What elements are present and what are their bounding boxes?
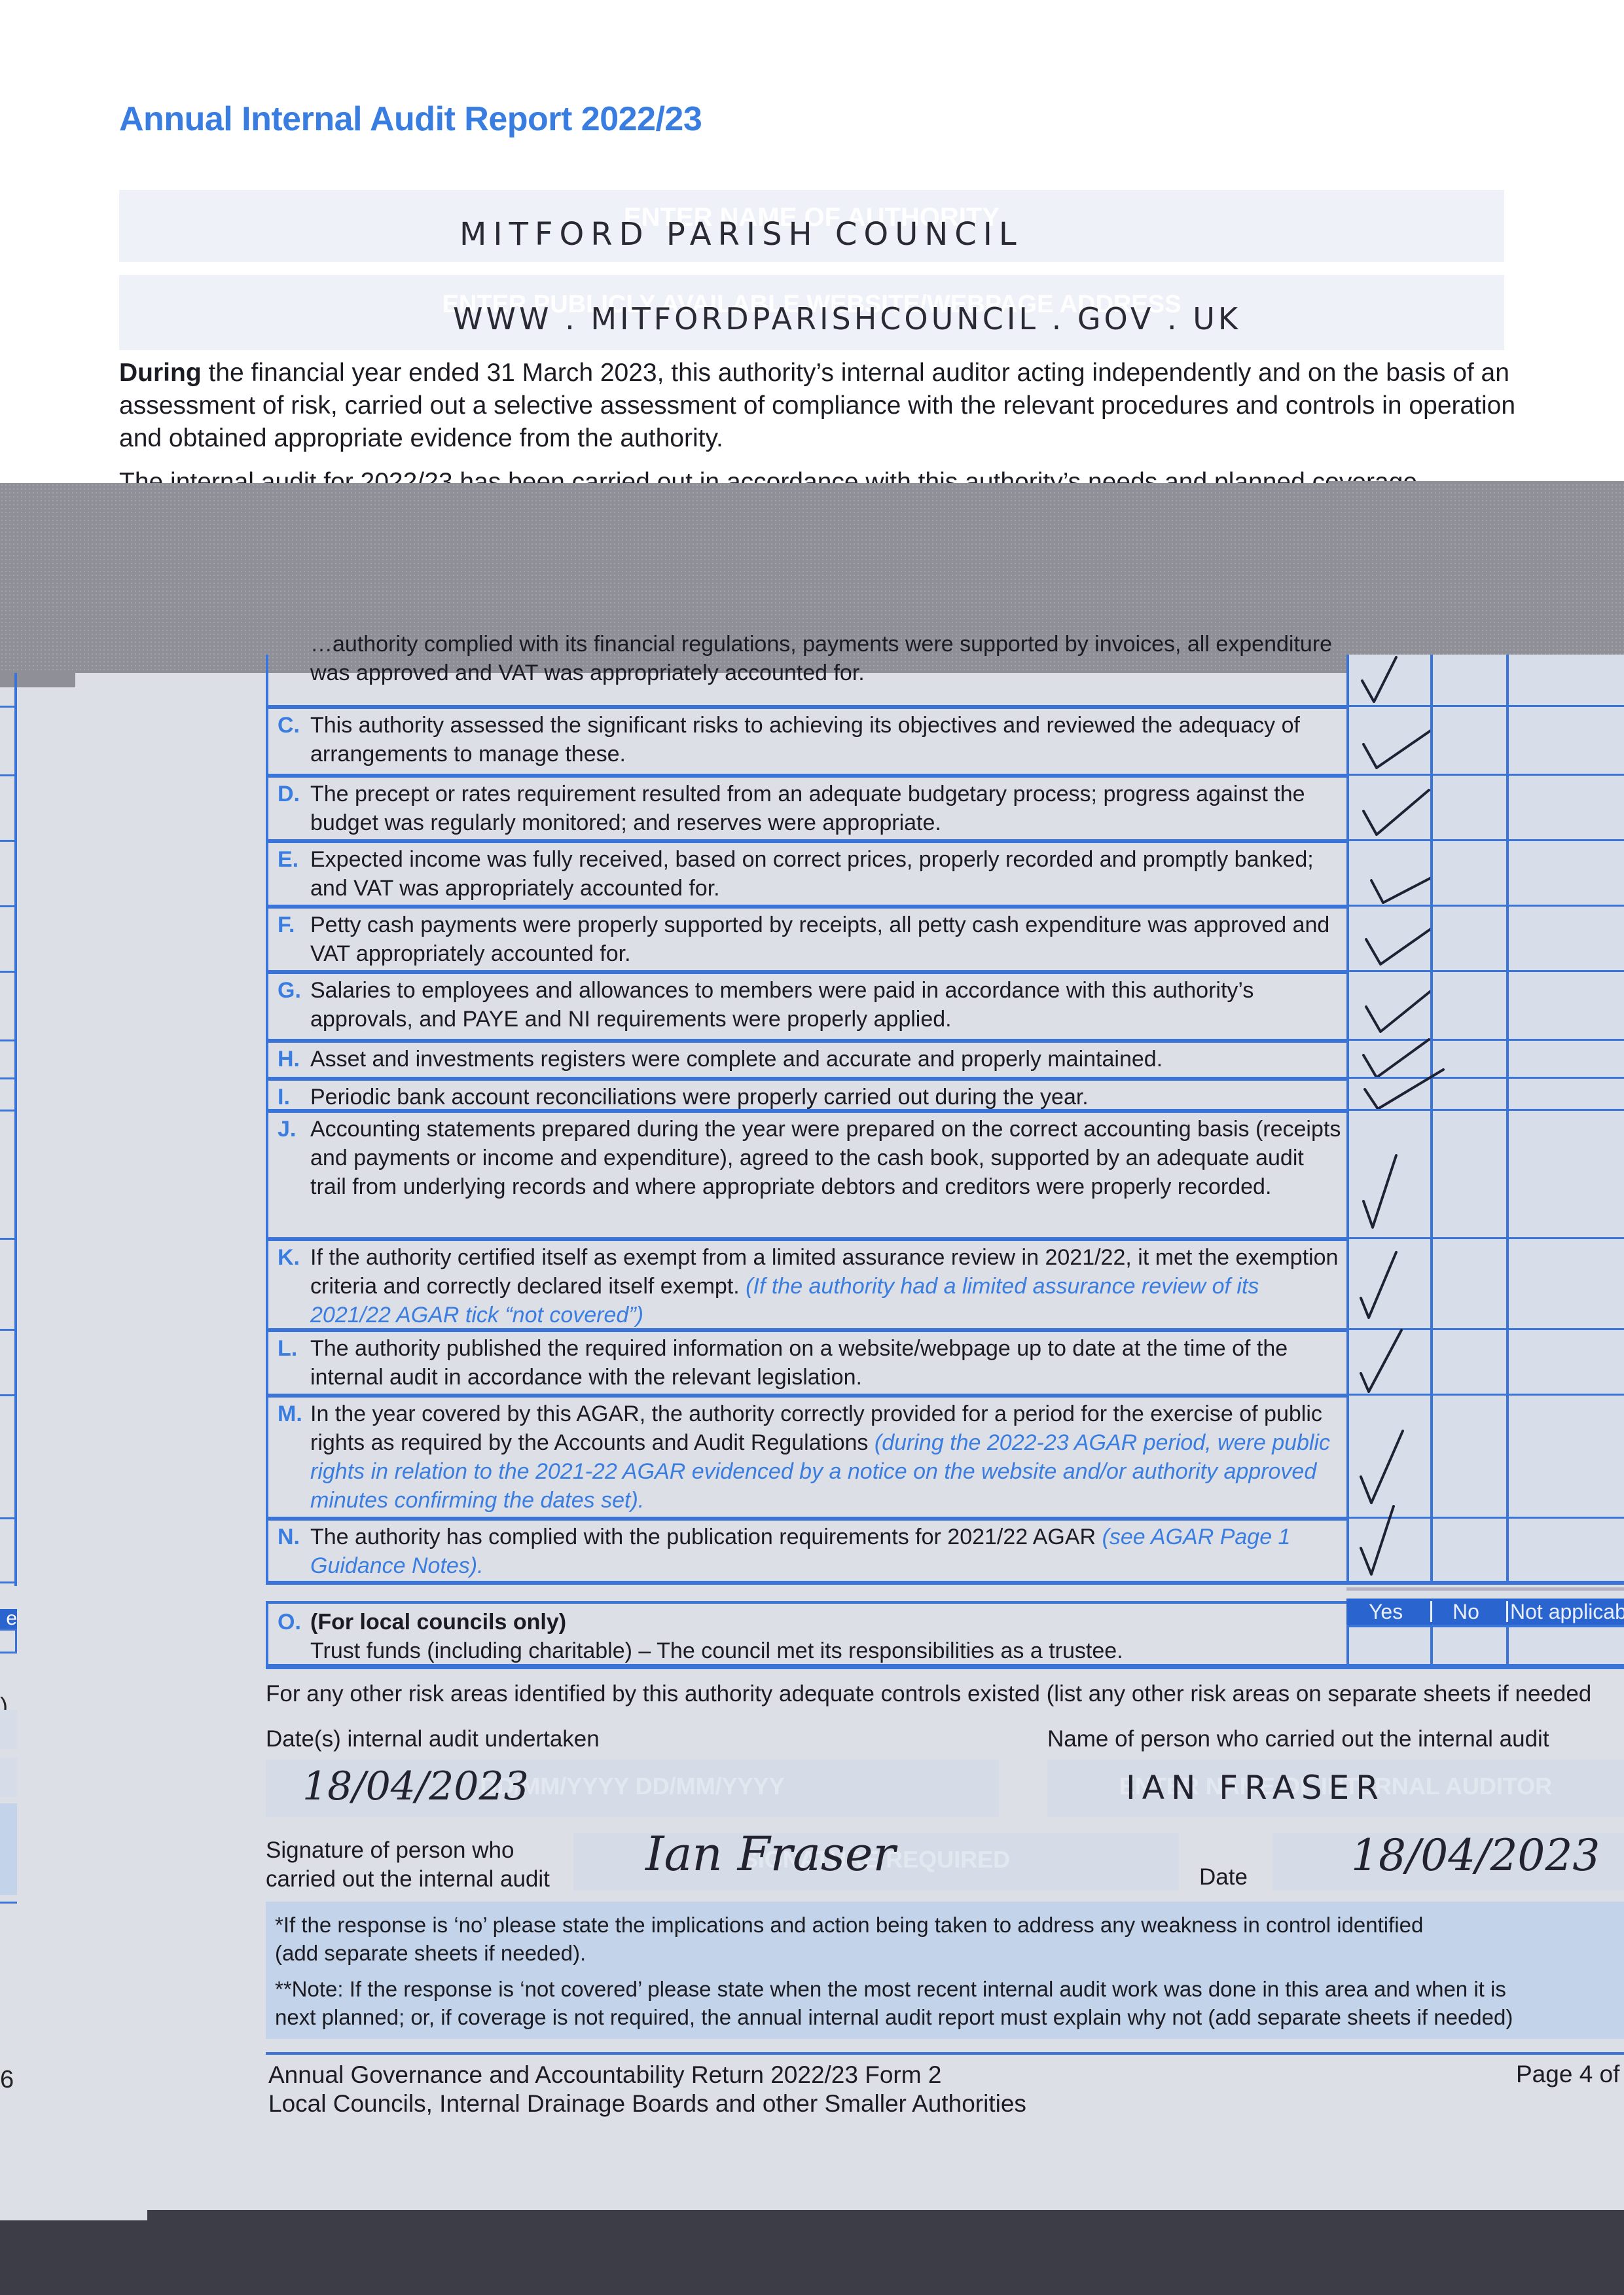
table-row: H.Asset and investments registers were c…	[266, 1041, 1624, 1079]
row-statement-text: Asset and investments registers were com…	[310, 1047, 1163, 1072]
redaction-overlay-edge	[1329, 481, 1624, 484]
row-letter: M.	[278, 1400, 302, 1428]
row-no-checkbox[interactable]	[1430, 1519, 1506, 1583]
row-statement-text: Expected income was fully received, base…	[310, 847, 1314, 901]
adjacent-header-fragment: e	[6, 1609, 17, 1629]
row-o-bottom-rule	[266, 1665, 1624, 1669]
row-no-checkbox[interactable]	[1430, 1239, 1506, 1330]
adjacent-field	[0, 1758, 17, 1797]
row-not-applicable-checkbox[interactable]	[1506, 655, 1624, 707]
header-no: No	[1453, 1599, 1479, 1625]
row-not-applicable-checkbox[interactable]	[1506, 1111, 1624, 1239]
auditor-name-label: Name of person who carried out the inter…	[1047, 1726, 1549, 1752]
row-yes-checkbox[interactable]	[1346, 655, 1430, 707]
row-statement: The authority published the required inf…	[310, 1334, 1341, 1392]
intro-lead: During	[119, 359, 202, 387]
signature-value: Ian Fraser	[645, 1826, 895, 1881]
row-yes-checkbox[interactable]	[1346, 1519, 1430, 1583]
table-row: F.Petty cash payments were properly supp…	[266, 907, 1624, 972]
row-yes-checkbox[interactable]	[1346, 1079, 1430, 1111]
row-text-cell: M.In the year covered by this AGAR, the …	[266, 1396, 1346, 1519]
row-statement-text: Periodic bank account reconciliations we…	[310, 1085, 1089, 1110]
dates-value: 18/04/2023	[302, 1763, 529, 1809]
row-o-no-checkbox[interactable]	[1430, 1625, 1506, 1667]
adjacent-row-line	[0, 1394, 16, 1396]
row-statement: Periodic bank account reconciliations we…	[310, 1083, 1341, 1111]
authority-name-value: MITFORD PARISH COUNCIL	[460, 216, 1023, 253]
row-text-cell: I.Periodic bank account reconciliations …	[266, 1079, 1346, 1111]
intro-text: the financial year ended 31 March 2023, …	[119, 359, 1515, 452]
footer-line1: Annual Governance and Accountability Ret…	[268, 2061, 1026, 2089]
row-statement: Accounting statements prepared during th…	[310, 1115, 1341, 1201]
row-not-applicable-checkbox[interactable]	[1506, 1041, 1624, 1079]
note-1: *If the response is ‘no’ please state th…	[275, 1911, 1616, 1967]
row-letter: G.	[278, 976, 301, 1005]
row-o-yes-checkbox[interactable]	[1346, 1625, 1430, 1667]
table-row: D.The precept or rates requirement resul…	[266, 776, 1624, 841]
row-o-text: Trust funds (including charitable) – The…	[310, 1636, 1123, 1665]
signature-label: Signature of person who carried out the …	[266, 1836, 550, 1894]
table-row: B.…authority complied with its financial…	[266, 655, 1624, 707]
header-divider	[1430, 1601, 1432, 1622]
row-text-cell: F.Petty cash payments were properly supp…	[266, 907, 1346, 972]
date-label: Date	[1199, 1864, 1248, 1890]
row-yes-checkbox[interactable]	[1346, 972, 1430, 1041]
adjacent-row-line	[0, 905, 16, 907]
adjacent-row-line	[0, 971, 16, 973]
row-letter: F.	[278, 911, 295, 939]
adjacent-row-line	[0, 840, 16, 842]
auditor-name-value: IAN FRASER	[1126, 1769, 1385, 1807]
header-yes: Yes	[1369, 1599, 1403, 1625]
redaction-overlay-notch	[0, 673, 75, 687]
row-letter: I.	[278, 1083, 290, 1111]
row-statement: Petty cash payments were properly suppor…	[310, 911, 1341, 968]
website-field[interactable]: ENTER PUBLICLY AVAILABLE WEBSITE/WEBPAGE…	[119, 275, 1504, 350]
row-no-checkbox[interactable]	[1430, 1396, 1506, 1519]
row-statement: Expected income was fully received, base…	[310, 845, 1341, 903]
footer-rule	[266, 2052, 1624, 2055]
row-letter: J.	[278, 1115, 296, 1144]
adjacent-page-border	[14, 673, 17, 1586]
adjacent-footer-line	[0, 1902, 17, 1904]
adjacent-page-header: e	[0, 1609, 17, 1629]
note-2: **Note: If the response is ‘not covered’…	[275, 1975, 1616, 2031]
row-no-checkbox[interactable]	[1430, 907, 1506, 972]
adjacent-row-line	[0, 1238, 16, 1240]
signature-label-line2: carried out the internal audit	[266, 1865, 550, 1894]
row-statement: Asset and investments registers were com…	[310, 1045, 1341, 1074]
row-yes-checkbox[interactable]	[1346, 707, 1430, 776]
header-divider	[1506, 1601, 1508, 1622]
table-row: N.The authority has complied with the pu…	[266, 1519, 1624, 1583]
row-text-cell: K.If the authority certified itself as e…	[266, 1239, 1346, 1330]
row-o-text-cell: O. (For local councils only) Trust funds…	[266, 1601, 1346, 1667]
signature-label-line1: Signature of person who	[266, 1836, 550, 1865]
row-o-letter: O.	[278, 1608, 301, 1636]
row-text-cell: D.The precept or rates requirement resul…	[266, 776, 1346, 841]
row-letter: K.	[278, 1243, 300, 1272]
row-statement-text: …authority complied with its financial r…	[310, 632, 1332, 685]
row-text-cell: L.The authority published the required i…	[266, 1330, 1346, 1396]
row-no-checkbox[interactable]	[1430, 1330, 1506, 1396]
table-row: K.If the authority certified itself as e…	[266, 1239, 1624, 1330]
row-no-checkbox[interactable]	[1430, 776, 1506, 841]
row-statement: If the authority certified itself as exe…	[310, 1243, 1341, 1329]
table-row: C.This authority assessed the significan…	[266, 707, 1624, 776]
row-statement: In the year covered by this AGAR, the au…	[310, 1400, 1341, 1515]
intro-paragraph: During the financial year ended 31 March…	[119, 357, 1520, 455]
row-letter: D.	[278, 780, 300, 808]
table-row: J.Accounting statements prepared during …	[266, 1111, 1624, 1239]
table-row: E.Expected income was fully received, ba…	[266, 841, 1624, 907]
row-no-checkbox[interactable]	[1430, 707, 1506, 776]
adjacent-row-line	[0, 1077, 16, 1079]
adjacent-row-line	[0, 1110, 16, 1111]
row-no-checkbox[interactable]	[1430, 1111, 1506, 1239]
date-field[interactable]: 18/04/2023	[1272, 1833, 1624, 1890]
row-text-cell: J.Accounting statements prepared during …	[266, 1111, 1346, 1239]
row-statement-text: The authority published the required inf…	[310, 1336, 1288, 1390]
other-risk-areas-text: For any other risk areas identified by t…	[266, 1681, 1591, 1707]
auditor-name-field[interactable]: ENTER NAME OF INTERNAL AUDITOR IAN FRASE…	[1047, 1760, 1624, 1817]
row-yes-checkbox[interactable]	[1346, 1330, 1430, 1396]
row-text-cell: B.…authority complied with its financial…	[266, 655, 1346, 707]
row-not-applicable-checkbox[interactable]	[1506, 1239, 1624, 1330]
row-text-cell: E.Expected income was fully received, ba…	[266, 841, 1346, 907]
row-not-applicable-checkbox[interactable]	[1506, 707, 1624, 776]
dates-label: Date(s) internal audit undertaken	[266, 1726, 600, 1752]
note-1-line2: (add separate sheets if needed).	[275, 1941, 586, 1965]
table-row: I.Periodic bank account reconciliations …	[266, 1079, 1624, 1111]
row-not-applicable-checkbox[interactable]	[1506, 1330, 1624, 1396]
row-o-not-applicable-checkbox[interactable]	[1506, 1625, 1624, 1667]
row-letter: H.	[278, 1045, 300, 1074]
notes-box: *If the response is ‘no’ please state th…	[266, 1902, 1624, 2039]
table-row: L.The authority published the required i…	[266, 1330, 1624, 1396]
row-yes-checkbox[interactable]	[1346, 841, 1430, 907]
adjacent-row-line	[0, 1581, 16, 1583]
authority-name-field[interactable]: ENTER NAME OF AUTHORITY MITFORD PARISH C…	[119, 190, 1504, 262]
page-title: Annual Internal Audit Report 2022/23	[119, 99, 702, 139]
row-no-checkbox[interactable]	[1430, 655, 1506, 707]
row-statement: The authority has complied with the publ…	[310, 1523, 1341, 1580]
row-not-applicable-checkbox[interactable]	[1506, 1079, 1624, 1111]
note-2-line1: **Note: If the response is ‘not covered’…	[275, 1977, 1506, 2001]
row-letter: C.	[278, 711, 300, 740]
row-yes-checkbox[interactable]	[1346, 776, 1430, 841]
row-yes-checkbox[interactable]	[1346, 1111, 1430, 1239]
row-yes-checkbox[interactable]	[1346, 907, 1430, 972]
note-2-line2: next planned; or, if coverage is not req…	[275, 2005, 1513, 2029]
row-statement: The precept or rates requirement resulte…	[310, 780, 1341, 837]
row-letter: N.	[278, 1523, 300, 1551]
row-not-applicable-checkbox[interactable]	[1506, 1519, 1624, 1583]
footer-form-title: Annual Governance and Accountability Ret…	[268, 2061, 1026, 2118]
row-not-applicable-checkbox[interactable]	[1506, 972, 1624, 1041]
adjacent-row-line	[0, 706, 16, 708]
row-letter: E.	[278, 845, 298, 874]
row-o-title: (For local councils only)	[310, 1608, 566, 1636]
row-statement-text: This authority assessed the significant …	[310, 713, 1300, 767]
row-no-checkbox[interactable]	[1430, 1041, 1506, 1079]
row-not-applicable-checkbox[interactable]	[1506, 907, 1624, 972]
row-no-checkbox[interactable]	[1430, 1079, 1506, 1111]
row-text-cell: N.The authority has complied with the pu…	[266, 1519, 1346, 1583]
row-statement: Salaries to employees and allowances to …	[310, 976, 1341, 1034]
adjacent-page-cell	[0, 1629, 17, 1653]
row-text-cell: G.Salaries to employees and allowances t…	[266, 972, 1346, 1041]
row-text-cell: H.Asset and investments registers were c…	[266, 1041, 1346, 1079]
adjacent-field	[0, 1710, 17, 1749]
row-o-column-header: Yes No Not applicab	[1346, 1599, 1624, 1625]
table-row: M.In the year covered by this AGAR, the …	[266, 1396, 1624, 1519]
row-statement-text: The precept or rates requirement resulte…	[310, 782, 1305, 835]
row-statement-text: Salaries to employees and allowances to …	[310, 978, 1254, 1032]
row-yes-checkbox[interactable]	[1346, 1396, 1430, 1519]
row-not-applicable-checkbox[interactable]	[1506, 1396, 1624, 1519]
viewer-bottom-bar	[147, 2210, 1624, 2295]
table-row: G.Salaries to employees and allowances t…	[266, 972, 1624, 1041]
row-statement-text: The authority has complied with the publ…	[310, 1525, 1096, 1549]
row-statement: This authority assessed the significant …	[310, 711, 1341, 768]
row-not-applicable-checkbox[interactable]	[1506, 841, 1624, 907]
footer-line2: Local Councils, Internal Drainage Boards…	[268, 2089, 1026, 2118]
adjacent-notes	[0, 1803, 17, 1895]
website-value: WWW . MITFORDPARISHCOUNCIL . GOV . UK	[453, 301, 1241, 336]
row-statement: …authority complied with its financial r…	[310, 630, 1341, 687]
viewer-bottom-bar-left	[0, 2220, 147, 2295]
page-number: Page 4 of	[1516, 2061, 1619, 2088]
adjacent-row-line	[0, 1329, 16, 1331]
adjacent-page-number: 6	[0, 2066, 14, 2094]
row-no-checkbox[interactable]	[1430, 841, 1506, 907]
row-text-cell: C.This authority assessed the significan…	[266, 707, 1346, 776]
row-not-applicable-checkbox[interactable]	[1506, 776, 1624, 841]
row-yes-checkbox[interactable]	[1346, 1041, 1430, 1079]
dates-field[interactable]: DD/MM/YYYY DD/MM/YYYY 18/04/2023	[266, 1760, 999, 1817]
row-divider	[266, 1581, 1624, 1585]
note-1-line1: *If the response is ‘no’ please state th…	[275, 1913, 1423, 1937]
row-yes-checkbox[interactable]	[1346, 1239, 1430, 1330]
adjacent-row-line	[0, 1517, 16, 1519]
row-statement-text: Petty cash payments were properly suppor…	[310, 913, 1329, 966]
row-no-checkbox[interactable]	[1430, 972, 1506, 1041]
table-row-o: O. (For local councils only) Trust funds…	[266, 1601, 1624, 1667]
signature-field[interactable]: SIGNATURE REQUIRED Ian Fraser	[573, 1833, 1179, 1890]
row-statement-text: Accounting statements prepared during th…	[310, 1117, 1341, 1199]
adjacent-row-line	[0, 1039, 16, 1041]
date-value: 18/04/2023	[1351, 1830, 1600, 1881]
row-divider-shadow	[1346, 1587, 1624, 1591]
row-letter: L.	[278, 1334, 297, 1363]
row-o-answer-cells	[1346, 1625, 1624, 1667]
adjacent-row-line	[0, 774, 16, 776]
header-not-applicable: Not applicab	[1510, 1599, 1624, 1625]
